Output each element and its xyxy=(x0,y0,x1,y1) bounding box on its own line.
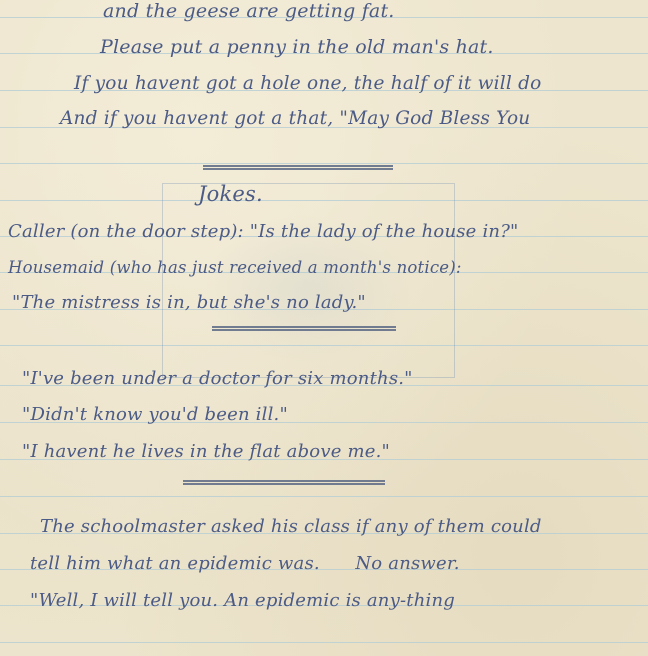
joke-line: "I've been under a doctor for six months… xyxy=(22,370,413,388)
poem-line: If you havent got a hole one, the half o… xyxy=(74,75,541,94)
double-rule-separator xyxy=(183,480,385,484)
joke-line: Housemaid (who has just received a month… xyxy=(8,260,462,277)
poem-line: and the geese are getting fat. xyxy=(103,2,395,21)
joke-line: Caller (on the door step): "Is the lady … xyxy=(8,223,519,241)
joke-line: The schoolmaster asked his class if any … xyxy=(40,518,542,536)
ruled-line xyxy=(0,642,648,643)
double-rule-separator xyxy=(212,326,396,330)
joke-line: "The mistress is in, but she's no lady." xyxy=(12,294,366,312)
joke-line: "I havent he lives in the flat above me.… xyxy=(22,443,390,461)
poem-line: Please put a penny in the old man's hat. xyxy=(100,38,494,57)
poem-line: And if you havent got a that, "May God B… xyxy=(60,110,530,129)
section-title: Jokes. xyxy=(198,184,263,205)
double-rule-separator xyxy=(203,165,393,169)
faint-stamp-outline xyxy=(162,183,455,378)
joke-line: tell him what an epidemic was. No answer… xyxy=(30,555,460,573)
ruled-line xyxy=(0,163,648,164)
ruled-line xyxy=(0,496,648,497)
notebook-page: and the geese are getting fat. Please pu… xyxy=(0,0,648,656)
joke-line: "Well, I will tell you. An epidemic is a… xyxy=(30,592,455,610)
joke-line: "Didn't know you'd been ill." xyxy=(22,406,288,424)
